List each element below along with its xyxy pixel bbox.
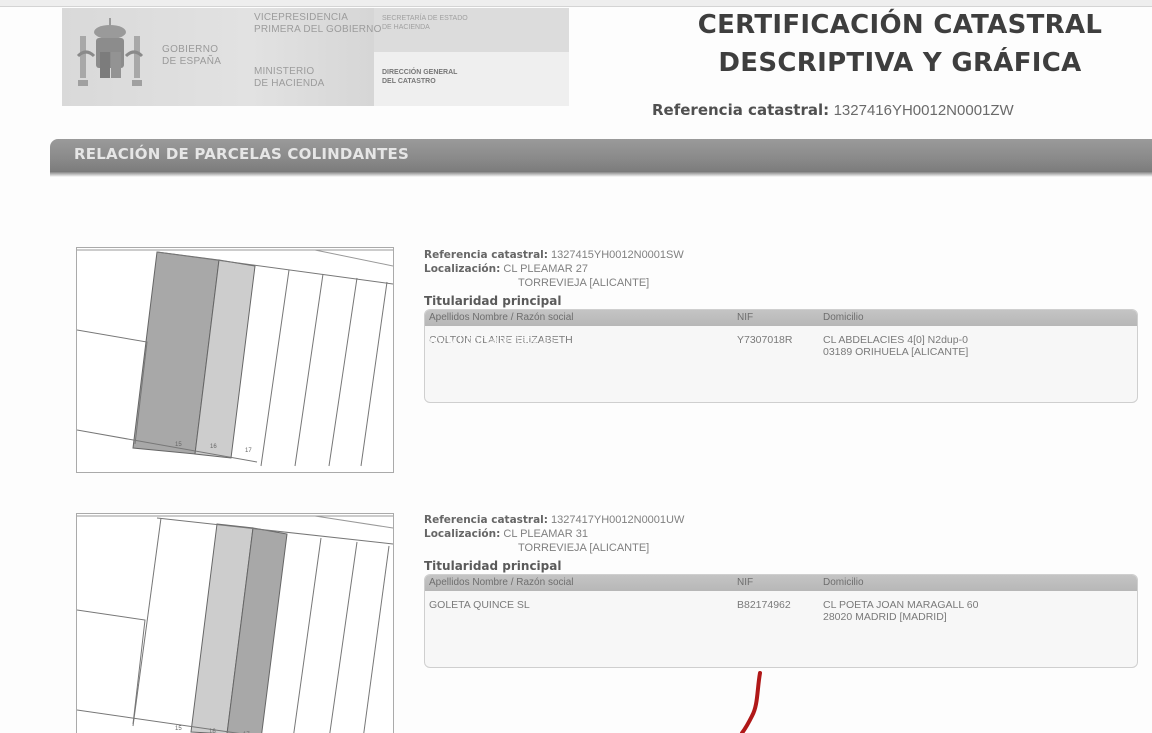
secretaria-label: SECRETARÍA DE ESTADO DE HACIENDA — [382, 14, 468, 32]
parcel-reference: Referencia catastral: 1327417YH0012N0001… — [424, 513, 1144, 527]
document-title: CERTIFICACIÓN CATASTRAL DESCRIPTIVA Y GR… — [650, 6, 1150, 82]
parcel-info-2: Referencia catastral: 1327417YH0012N0001… — [424, 513, 1144, 668]
owner-nif: B82174962 — [737, 599, 791, 611]
section-title: RELACIÓN DE PARCELAS COLINDANTES — [74, 143, 409, 165]
table-header: Apellidos Nombre / Razón social NIF Domi… — [425, 575, 1137, 591]
ministerio-label: MINISTERIO DE HACIENDA — [254, 66, 325, 90]
parcel-location: Localización: CL PLEAMAR 27 — [424, 262, 1144, 276]
direccion-catastro-label: DIRECCIÓN GENERAL DEL CATASTRO — [382, 68, 457, 86]
main-cadastral-reference: Referencia catastral: 1327416YH0012N0001… — [652, 101, 1014, 120]
owner-name: GOLETA QUINCE SL — [429, 599, 530, 611]
parcel-map-1: 15 16 17 — [76, 247, 394, 473]
parcel-location: Localización: CL PLEAMAR 31 — [424, 527, 1144, 541]
coat-of-arms-icon — [74, 16, 146, 94]
svg-text:15: 15 — [175, 442, 182, 448]
parcel-map-2: 15 16 17 — [76, 513, 394, 733]
svg-text:16: 16 — [210, 444, 217, 450]
gobierno-espana-label: GOBIERNO DE ESPAÑA — [162, 44, 221, 68]
svg-text:17: 17 — [245, 448, 252, 454]
owner-address: CL POETA JOAN MARAGALL 60 28020 MADRID [… — [823, 599, 978, 623]
svg-text:15: 15 — [175, 726, 182, 732]
table-header: Apellidos Nombre / Razón social NIF Domi… — [425, 310, 1137, 326]
ownership-title: Titularidad principal — [424, 294, 1144, 308]
ownership-table: Apellidos Nombre / Razón social NIF Domi… — [424, 309, 1138, 403]
ownership-title: Titularidad principal — [424, 559, 1144, 573]
parcel-reference: Referencia catastral: 1327415YH0012N0001… — [424, 248, 1144, 262]
owner-nif: Y7307018R — [737, 334, 792, 346]
ownership-table: Apellidos Nombre / Razón social NIF Domi… — [424, 574, 1138, 668]
watermark: www.lionrealestate.es — [429, 334, 556, 346]
government-logo-block: GOBIERNO DE ESPAÑA VICEPRESIDENCIA PRIME… — [62, 8, 582, 106]
svg-text:16: 16 — [209, 729, 216, 733]
vicepresidencia-label: VICEPRESIDENCIA PRIMERA DEL GOBIERNO — [254, 12, 382, 36]
owner-address: CL ABDELACIES 4[0] N2dup-0 03189 ORIHUEL… — [823, 334, 968, 358]
parcel-info-1: Referencia catastral: 1327415YH0012N0001… — [424, 248, 1144, 403]
